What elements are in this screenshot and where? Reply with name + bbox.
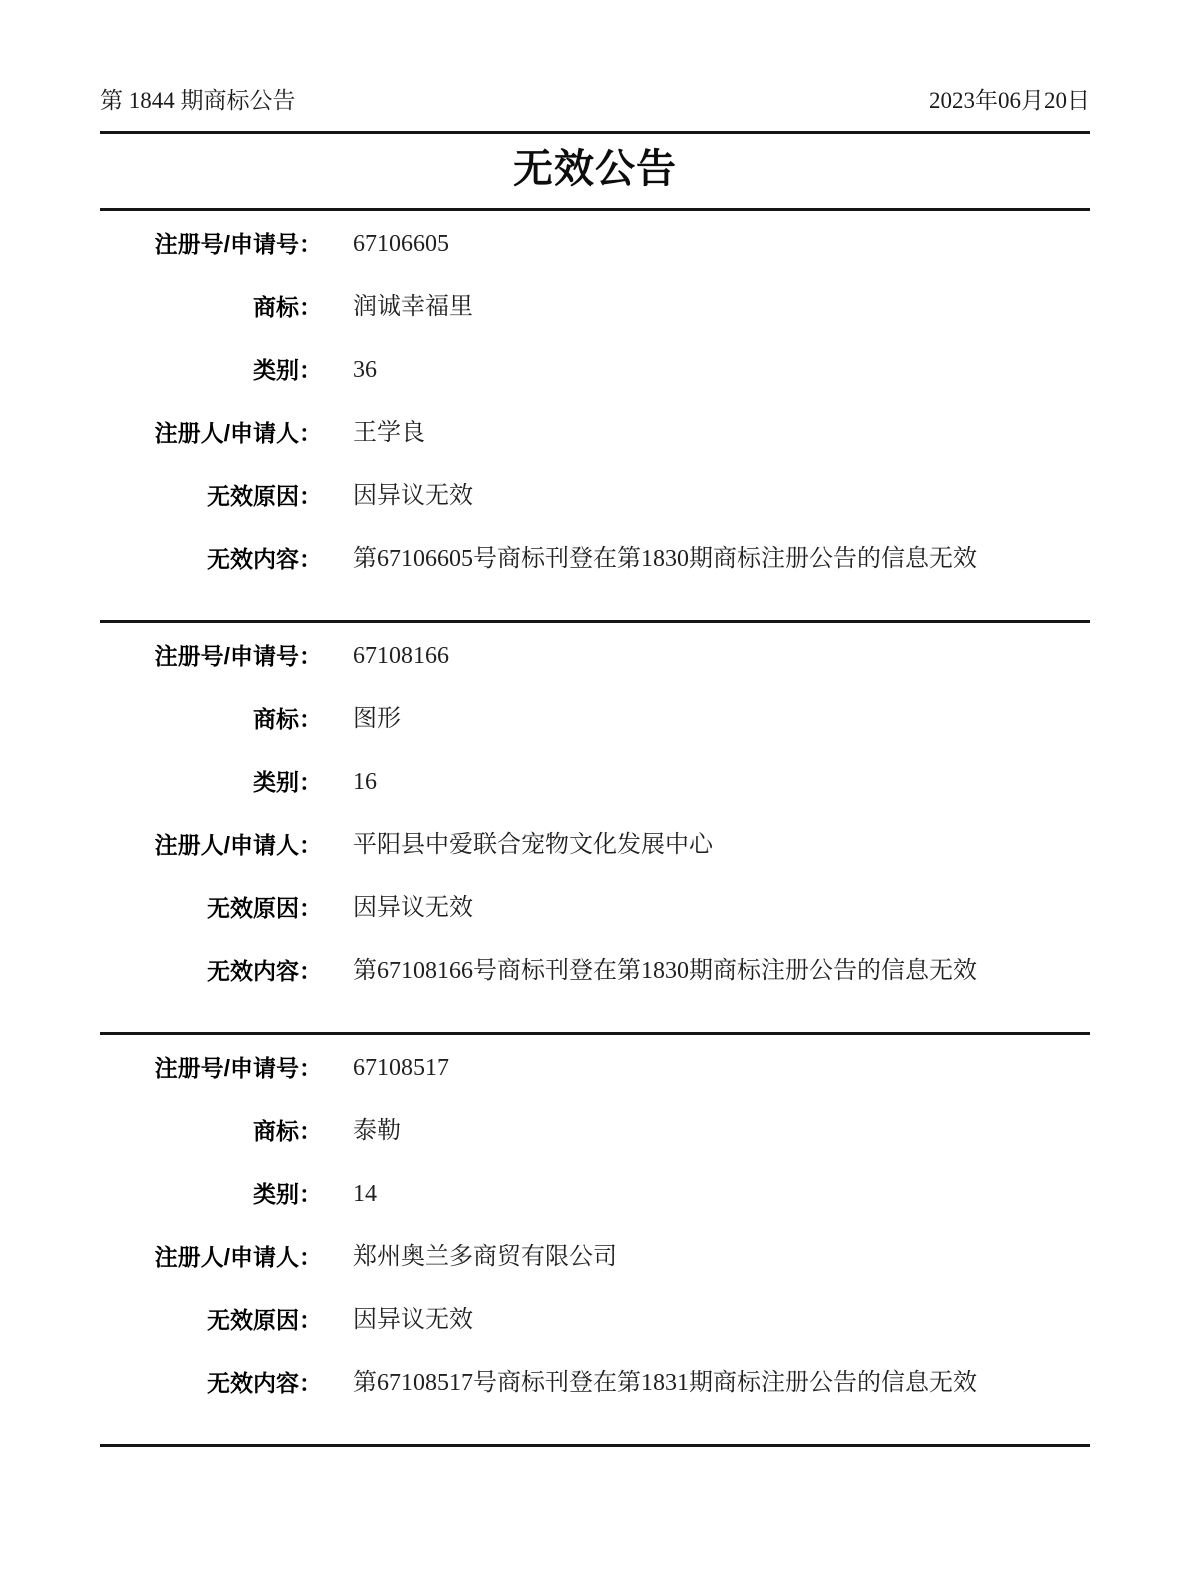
page-title: 无效公告 (100, 143, 1090, 195)
field-row: 注册人/申请人： 平阳县中爱联合宠物文化发展中心 (100, 830, 1090, 893)
field-label-reason: 无效原因： (100, 481, 322, 511)
field-label-registrant: 注册人/申请人： (100, 1242, 322, 1272)
field-value-registrant: 郑州奥兰多商贸有限公司 (353, 1242, 1090, 1273)
field-value-content: 第67106605号商标刊登在第1830期商标注册公告的信息无效 (353, 544, 1090, 575)
field-label-class: 类别： (100, 355, 322, 385)
record-1: 注册号/申请号： 67106605 商标： 润诚幸福里 类别： 36 注册人/申… (100, 211, 1090, 620)
field-row: 无效内容： 第67108166号商标刊登在第1830期商标注册公告的信息无效 (100, 956, 1090, 1019)
field-label-reason: 无效原因： (100, 893, 322, 923)
field-value-reason: 因异议无效 (353, 481, 1090, 512)
field-row: 无效原因： 因异议无效 (100, 893, 1090, 956)
field-value-class: 14 (353, 1179, 1090, 1210)
field-value-content: 第67108166号商标刊登在第1830期商标注册公告的信息无效 (353, 956, 1090, 987)
field-value-class: 36 (353, 355, 1090, 386)
field-label-class: 类别： (100, 1179, 322, 1209)
field-row: 注册人/申请人： 郑州奥兰多商贸有限公司 (100, 1242, 1090, 1305)
field-row: 注册号/申请号： 67108166 (100, 641, 1090, 704)
announcement-page: 第 1844 期商标公告 2023年06月20日 无效公告 注册号/申请号： 6… (0, 0, 1190, 1586)
field-row: 无效内容： 第67106605号商标刊登在第1830期商标注册公告的信息无效 (100, 544, 1090, 607)
page-content: 第 1844 期商标公告 2023年06月20日 无效公告 注册号/申请号： 6… (100, 0, 1090, 1447)
field-label-reg-no: 注册号/申请号： (100, 229, 322, 259)
field-row: 无效原因： 因异议无效 (100, 481, 1090, 544)
field-label-content: 无效内容： (100, 956, 322, 986)
field-value-registrant: 王学良 (353, 418, 1090, 449)
field-value-reason: 因异议无效 (353, 893, 1090, 924)
field-label-registrant: 注册人/申请人： (100, 418, 322, 448)
field-row: 类别： 36 (100, 355, 1090, 418)
header-divider (100, 131, 1090, 134)
field-row: 无效内容： 第67108517号商标刊登在第1831期商标注册公告的信息无效 (100, 1368, 1090, 1431)
bottom-divider (100, 1444, 1090, 1447)
field-value-registrant: 平阳县中爱联合宠物文化发展中心 (353, 830, 1090, 861)
field-value-reason: 因异议无效 (353, 1305, 1090, 1336)
field-label-reg-no: 注册号/申请号： (100, 1053, 322, 1083)
field-value-class: 16 (353, 767, 1090, 798)
field-row: 注册人/申请人： 王学良 (100, 418, 1090, 481)
field-value-reg-no: 67108517 (353, 1053, 1090, 1084)
field-label-trademark: 商标： (100, 704, 322, 734)
field-row: 类别： 14 (100, 1179, 1090, 1242)
page-header: 第 1844 期商标公告 2023年06月20日 (100, 0, 1090, 116)
gazette-issue-label: 第 1844 期商标公告 (100, 86, 296, 116)
field-row: 商标： 图形 (100, 704, 1090, 767)
field-value-trademark: 润诚幸福里 (353, 292, 1090, 323)
record-2: 注册号/申请号： 67108166 商标： 图形 类别： 16 注册人/申请人：… (100, 623, 1090, 1032)
field-label-registrant: 注册人/申请人： (100, 830, 322, 860)
field-label-trademark: 商标： (100, 1116, 322, 1146)
field-row: 注册号/申请号： 67106605 (100, 229, 1090, 292)
record-3: 注册号/申请号： 67108517 商标： 泰勒 类别： 14 注册人/申请人：… (100, 1035, 1090, 1444)
field-row: 类别： 16 (100, 767, 1090, 830)
field-label-content: 无效内容： (100, 544, 322, 574)
field-row: 商标： 润诚幸福里 (100, 292, 1090, 355)
field-label-reg-no: 注册号/申请号： (100, 641, 322, 671)
field-value-trademark: 泰勒 (353, 1116, 1090, 1147)
field-label-trademark: 商标： (100, 292, 322, 322)
field-label-content: 无效内容： (100, 1368, 322, 1398)
field-value-content: 第67108517号商标刊登在第1831期商标注册公告的信息无效 (353, 1368, 1090, 1399)
field-value-reg-no: 67106605 (353, 229, 1090, 260)
field-label-class: 类别： (100, 767, 322, 797)
field-value-trademark: 图形 (353, 704, 1090, 735)
field-label-reason: 无效原因： (100, 1305, 322, 1335)
field-row: 商标： 泰勒 (100, 1116, 1090, 1179)
field-row: 注册号/申请号： 67108517 (100, 1053, 1090, 1116)
publication-date: 2023年06月20日 (929, 86, 1090, 116)
field-value-reg-no: 67108166 (353, 641, 1090, 672)
field-row: 无效原因： 因异议无效 (100, 1305, 1090, 1368)
